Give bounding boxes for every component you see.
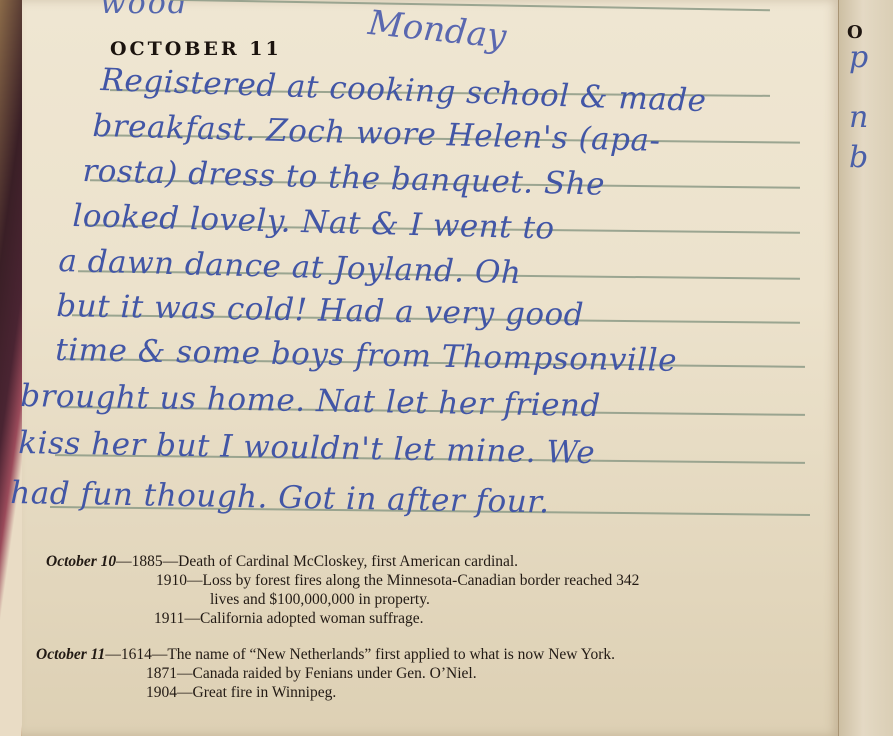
almanac-text: The name of “New Netherlands” first appl… (167, 646, 615, 663)
almanac-entry: 1911—California adopted woman suffrage. (154, 610, 423, 628)
almanac-entry: October 10—1885—Death of Cardinal McClos… (46, 553, 518, 571)
almanac-continuation: lives and $100,000,000 in property. (210, 591, 430, 609)
almanac-text: Loss by forest fires along the Minnesota… (203, 572, 640, 589)
almanac-year: 1904 (146, 684, 177, 701)
almanac-year: 1911 (154, 610, 184, 627)
facing-page-ink: p (849, 40, 868, 75)
facing-page-ink: n (849, 100, 868, 135)
almanac-text: Canada raided by Fenians under Gen. O’Ni… (193, 665, 477, 682)
almanac-entry: 1904—Great fire in Winnipeg. (146, 684, 336, 702)
almanac-date-label: October 11 (36, 646, 105, 663)
almanac-text: Death of Cardinal McCloskey, first Ameri… (178, 553, 518, 570)
diary-photo: O p n b wood OCTOBER 11 Monday Registere… (0, 0, 893, 736)
facing-page-edge: O p n b (838, 0, 893, 736)
almanac-entry: October 11—1614—The name of “New Netherl… (36, 646, 615, 664)
almanac-year: 1871 (146, 665, 177, 682)
almanac-entry: 1910—Loss by forest fires along the Minn… (156, 572, 639, 590)
almanac-date-label: October 10 (46, 553, 116, 570)
almanac-text: California adopted woman suffrage. (200, 610, 424, 627)
almanac-year: 1885 (132, 553, 163, 570)
almanac-year: 1910 (156, 572, 187, 589)
almanac-entry: 1871—Canada raided by Fenians under Gen.… (146, 665, 477, 683)
facing-page-ink: b (849, 140, 868, 175)
previous-entry-fragment: wood (100, 0, 189, 21)
page-date-heading: OCTOBER 11 (110, 38, 282, 60)
almanac-text: Great fire in Winnipeg. (193, 684, 337, 701)
almanac-year: 1614 (121, 646, 152, 663)
